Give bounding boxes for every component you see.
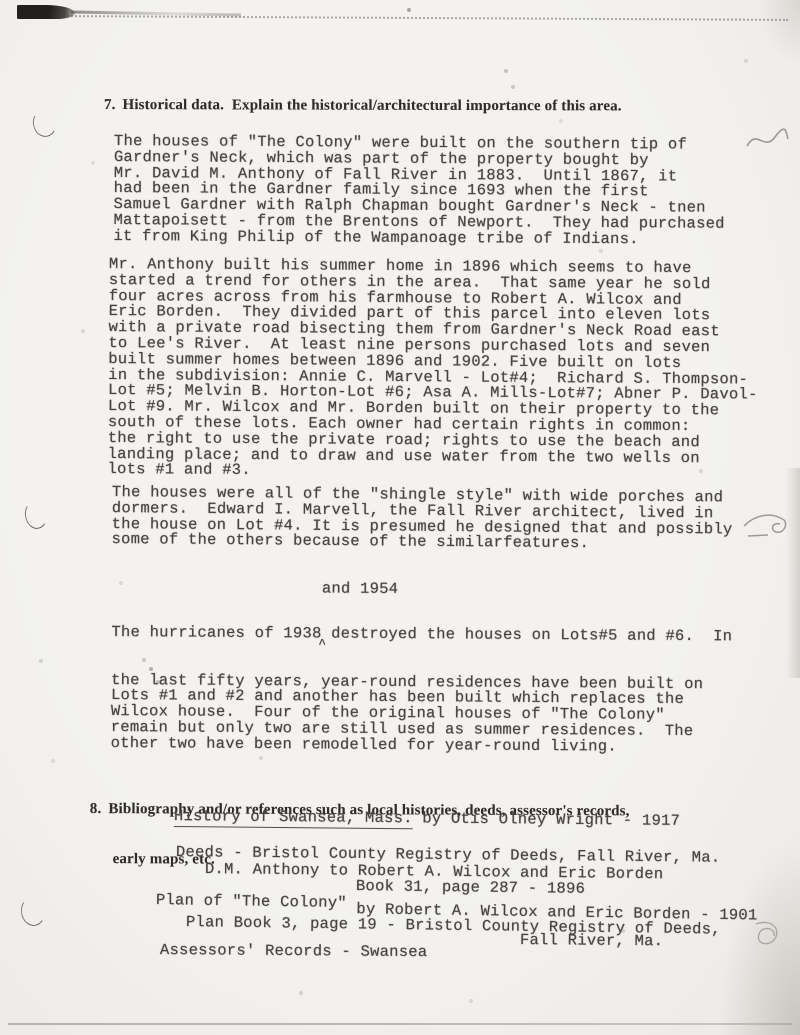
paper-specks [0,0,2,2]
paragraph-hurricanes: and 1954 The hurricanes of 1938 destroye… [110,548,732,787]
section8-number: 8. [90,801,102,818]
handwritten-squiggle-2 [742,510,792,553]
bib-plan-city: Fall River, Ma. [520,933,663,950]
bib-plan-title: Plan of "The Colony" [156,891,347,912]
bib-history-entry: History of Swansea, Mass. by Otis Olney … [174,809,680,830]
section7-heading-text: Historical data. Explain the historical/… [123,97,622,114]
handwritten-check-mark-1 [30,108,59,140]
paragraph-colony-origin: The houses of "The Colony" were built on… [113,134,725,248]
bib-history-title-underlined: History of Swansea, Mass. [174,807,413,829]
handwritten-squiggle-1 [744,122,790,161]
caret-insertion-mark: ^ [318,637,326,653]
section7-number: 7. [104,97,116,114]
bib-assessors-entry: Assessors' Records - Swansea [160,943,428,961]
section7-heading: 7.Historical data. Explain the historica… [104,97,622,115]
scan-edge-line-artifact [60,15,788,21]
scanned-document-page: 7.Historical data. Explain the historica… [0,0,800,1035]
hurricanes-first-line: The hurricanes of 1938 destroyed the hou… [111,625,732,645]
bib-history-author: by Otis Olney Wright - 1917 [413,809,681,830]
inserted-annotation-text: and 1954 [112,580,733,598]
paragraph-shingle-style: The houses were all of the "shingle styl… [111,485,732,554]
paragraph-subdivision: Mr. Anthony built his summer home in 189… [107,257,758,483]
handwritten-check-mark-2 [23,499,50,530]
bib-deeds-book: Book 31, page 287 - 1896 [356,879,585,898]
scan-corner-shadow-top [760,0,800,60]
scan-corner-shadow [720,845,800,1035]
hurricanes-rest-lines: the last fifty years, year-round residen… [111,673,732,756]
scan-edge-shadow [786,468,800,678]
scan-bottom-line-artifact [8,1023,792,1025]
handwritten-check-mark-3 [19,895,47,927]
